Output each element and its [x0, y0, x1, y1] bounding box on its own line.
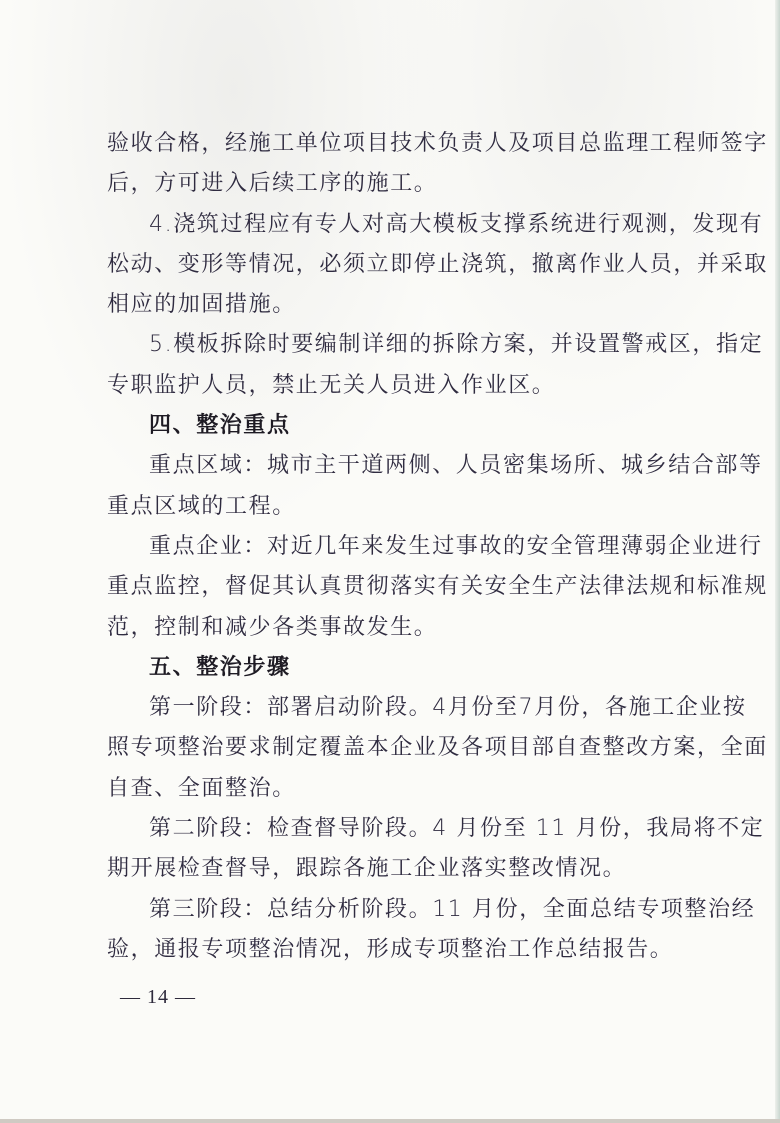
- body-line: 期开展检查督导，跟踪各施工企业落实整改情况。: [107, 849, 682, 889]
- body-line: 重点区域：城市主干道两侧、人员密集场所、城乡结合部等: [107, 446, 682, 486]
- body-line: 4.浇筑过程应有专人对高大模板支撑系统进行观测，发现有: [107, 205, 682, 245]
- body-line: 验，通报专项整治情况，形成专项整治工作总结报告。: [107, 930, 682, 970]
- section-heading: 五、整治步骤: [107, 648, 682, 688]
- body-line: 5.模板拆除时要编制详细的拆除方案，并设置警戒区，指定: [107, 325, 682, 365]
- scanned-page: 验收合格，经施工单位项目技术负责人及项目总监理工程师签字 后，方可进入后续工序的…: [0, 0, 780, 1123]
- body-line: 第二阶段：检查督导阶段。4 月份至 11 月份，我局将不定: [107, 809, 682, 849]
- body-line: 后，方可进入后续工序的施工。: [107, 164, 682, 204]
- body-line: 重点监控，督促其认真贯彻落实有关安全生产法律法规和标准规: [107, 567, 682, 607]
- body-line: 松动、变形等情况，必须立即停止浇筑，撤离作业人员，并采取: [107, 245, 682, 285]
- body-line: 照专项整治要求制定覆盖本企业及各项目部自查整改方案，全面: [107, 728, 682, 768]
- section-heading: 四、整治重点: [107, 406, 682, 446]
- scan-edge-right: [775, 0, 780, 1123]
- body-line: 验收合格，经施工单位项目技术负责人及项目总监理工程师签字: [107, 124, 682, 164]
- body-line: 自查、全面整治。: [107, 769, 682, 809]
- body-line: 重点区域的工程。: [107, 487, 682, 527]
- body-line: 重点企业：对近几年来发生过事故的安全管理薄弱企业进行: [107, 527, 682, 567]
- scan-edge-bottom: [0, 1119, 780, 1123]
- page-number: — 14 —: [120, 986, 196, 1009]
- body-line: 专职监护人员，禁止无关人员进入作业区。: [107, 366, 682, 406]
- body-line: 第三阶段：总结分析阶段。11 月份，全面总结专项整治经: [107, 890, 682, 930]
- body-line: 范，控制和减少各类事故发生。: [107, 608, 682, 648]
- body-line: 第一阶段：部署启动阶段。4月份至7月份，各施工企业按: [107, 688, 682, 728]
- body-line: 相应的加固措施。: [107, 285, 682, 325]
- document-body: 验收合格，经施工单位项目技术负责人及项目总监理工程师签字 后，方可进入后续工序的…: [107, 124, 682, 970]
